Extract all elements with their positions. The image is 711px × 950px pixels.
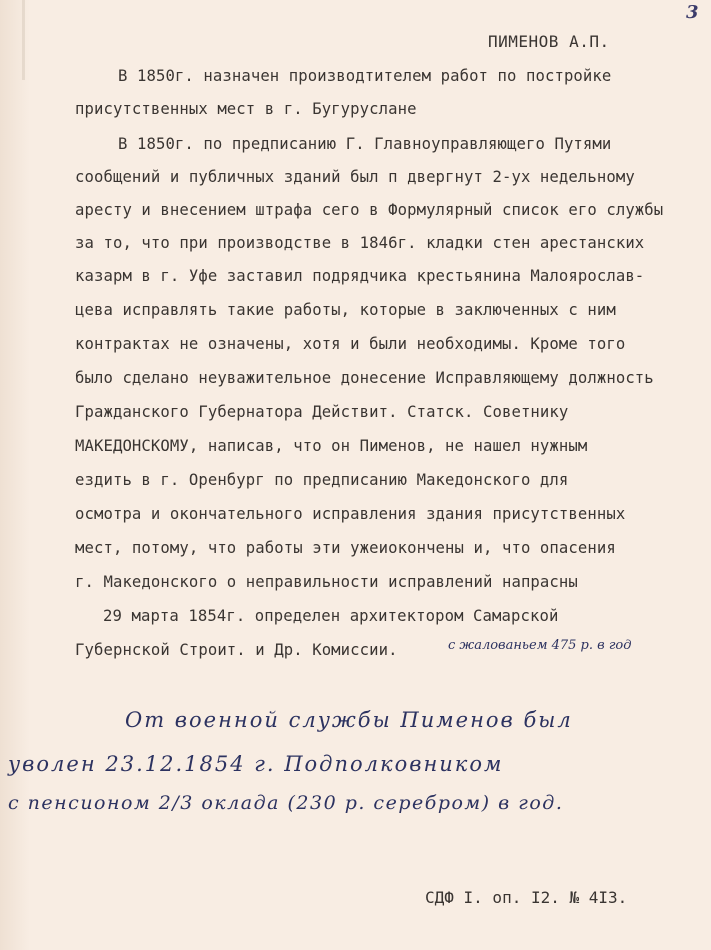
archive-reference: СДФ I. оп. I2. № 4I3.: [425, 888, 627, 907]
typed-line: 29 марта 1854г. определен архитектором С…: [103, 606, 558, 626]
typed-line: осмотра и окончательного исправления зда…: [75, 504, 625, 524]
typed-line: сообщений и публичных зданий был п дверг…: [75, 167, 635, 187]
typed-line: контрактах не означены, хотя и были необ…: [75, 334, 625, 354]
typed-line: В 1850г. по предписанию Г. Главноуправля…: [118, 134, 611, 154]
typed-line: аресту и внесением штрафа сего в Формуля…: [75, 200, 663, 220]
typed-line: казарм в г. Уфе заставил подрядчика крес…: [75, 266, 644, 286]
paper-fold-mark: [22, 0, 25, 80]
typed-line: МАКЕДОНСКОМУ, написав, что он Пименов, н…: [75, 436, 587, 456]
typed-line: мест, потому, что работы эти ужеиокончен…: [75, 538, 616, 558]
typed-line: В 1850г. назначен производтителем работ …: [118, 66, 611, 86]
page-number: 3: [686, 2, 699, 23]
document-header-name: ПИМЕНОВ А.П.: [488, 32, 610, 51]
handwritten-note-line: От военной службы Пименов был: [125, 708, 573, 732]
typed-line: присутственных мест в г. Бугуруслане: [75, 99, 417, 119]
typed-line: за то, что при производстве в 1846г. кла…: [75, 233, 644, 253]
typed-line: Губернской Строит. и Др. Комиссии.: [75, 640, 398, 660]
document-page: 3 ПИМЕНОВ А.П. В 1850г. назначен произво…: [0, 0, 711, 950]
typed-line: ездить в г. Оренбург по предписанию Маке…: [75, 470, 568, 490]
handwritten-note-line: уволен 23.12.1854 г. Подполковником: [8, 752, 503, 776]
handwritten-note-line: с пенсионом 2/3 оклада (230 р. серебром)…: [8, 792, 563, 814]
typed-line: г. Македонского о неправильности исправл…: [75, 572, 578, 592]
handwritten-inline-note: с жалованьем 475 р. в год: [448, 638, 631, 653]
typed-line: цева исправлять такие работы, которые в …: [75, 300, 616, 320]
typed-line: Гражданского Губернатора Действит. Статс…: [75, 402, 568, 422]
typed-line: было сделано неуважительное донесение Ис…: [75, 368, 654, 388]
